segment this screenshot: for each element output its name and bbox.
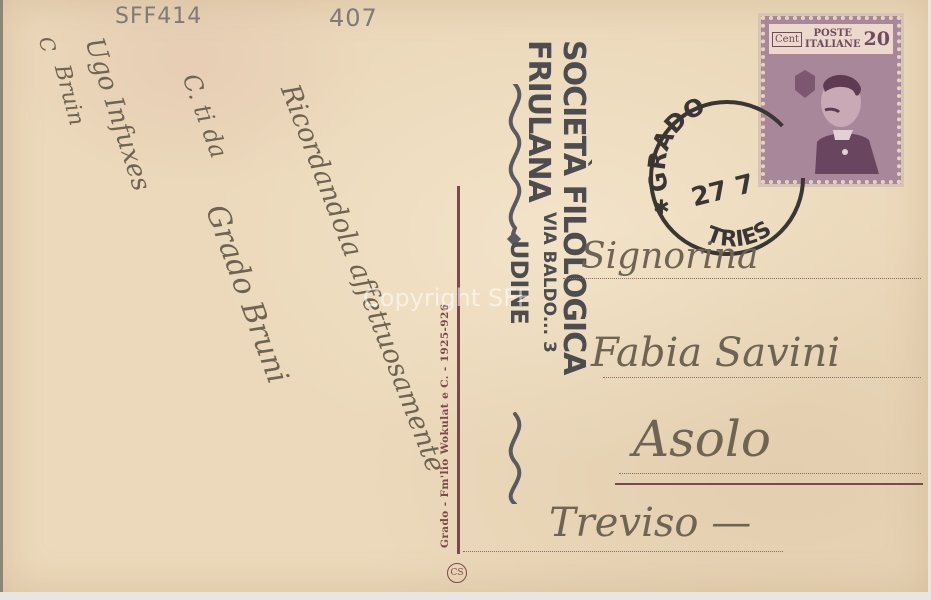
stamp-cent-label: Cent <box>772 32 802 47</box>
stamp-country-line1: POSTE <box>814 28 853 39</box>
handwriting-surname: Bruin <box>49 62 89 128</box>
archive-catalog-id: SFF414 <box>115 4 202 29</box>
postcard-back: SFF414 407 C Ugo Infuxes Bruin C. ti da … <box>0 0 928 592</box>
address-line-1 <box>563 278 921 279</box>
postmark-city-top: GRADO <box>643 92 710 195</box>
archive-number: 407 <box>329 4 378 32</box>
svg-text:GRADO: GRADO <box>643 92 710 195</box>
handwriting-message-line3: Grado Bruni <box>198 200 295 388</box>
stamp-country-line2: ITALIANE <box>805 39 861 50</box>
address-line-2 <box>603 377 921 378</box>
handwriting-signature: Ugo Infuxes <box>78 34 156 195</box>
center-divider <box>457 186 460 554</box>
address-name: Fabia Savini <box>591 330 840 376</box>
address-town: Asolo <box>633 410 771 468</box>
stamp-header: Cent POSTE ITALIANE 20 <box>769 24 893 54</box>
address-salutation: Signorina <box>581 236 758 277</box>
postmark-cancellation: GRADO TRIES 27 7 ✱ <box>639 70 815 260</box>
handwriting-message-line1: Ricordandola affettuosamente <box>274 80 451 477</box>
address-province: Treviso — <box>549 500 751 546</box>
society-stamp-address: VIA BALDO... 3 <box>539 212 559 353</box>
society-stamp-city: UDINE <box>505 240 533 325</box>
postmark-star: ✱ <box>653 195 670 219</box>
stamp-value: 20 <box>864 28 890 50</box>
handwriting-mark: C <box>34 34 61 55</box>
postmark-date: 27 7 <box>688 169 757 213</box>
address-underline <box>615 483 923 485</box>
publisher-logo: CS <box>447 563 467 583</box>
copyright-watermark: Copyright SFF <box>363 284 531 312</box>
address-line-4 <box>463 551 783 552</box>
address-line-3 <box>619 473 921 474</box>
handwriting-message-line2: C. ti da <box>177 70 233 162</box>
printer-imprint: Grado - Fm'lio Wokulat e C. - 1925-926 <box>439 304 451 548</box>
scan-border <box>0 592 931 600</box>
stamp-country: POSTE ITALIANE <box>805 28 861 50</box>
